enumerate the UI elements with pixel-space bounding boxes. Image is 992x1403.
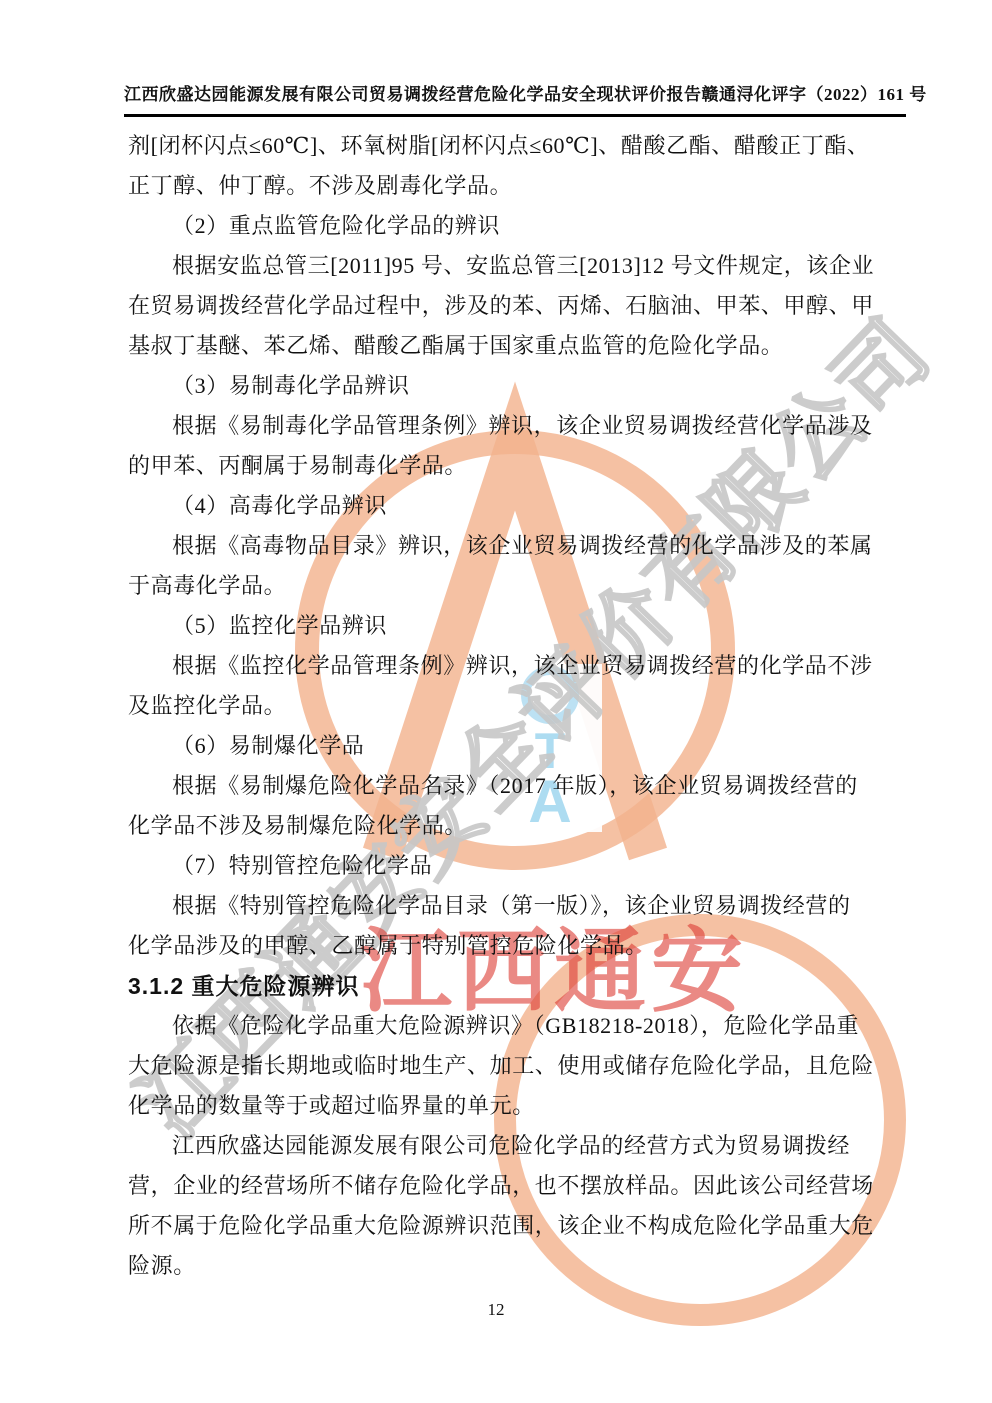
body-line: 营，企业的经营场所不储存危险化学品，也不摆放样品。因此该公司经营场 <box>128 1166 907 1206</box>
body-line: 正丁醇、仲丁醇。不涉及剧毒化学品。 <box>128 166 907 206</box>
document-page: T A 江西通安安全评价有限公司 江西通安 江西欣盛达园能源发展有限公司贸易调拨… <box>0 0 992 1403</box>
body-line: 化学品涉及的甲醇、乙醇属于特别管控危险化学品。 <box>128 926 907 966</box>
body-line: 3.1.2 重大危险源辨识 <box>128 966 907 1006</box>
header-report-title: 江西欣盛达园能源发展有限公司贸易调拨经营危险化学品安全现状评价报告 <box>124 80 702 105</box>
body-line: （6）易制爆化学品 <box>128 726 907 766</box>
body-line: 江西欣盛达园能源发展有限公司危险化学品的经营方式为贸易调拨经 <box>128 1126 907 1166</box>
body-line: 大危险源是指长期地或临时地生产、加工、使用或储存危险化学品，且危险 <box>128 1046 907 1086</box>
body-line: 依据《危险化学品重大危险源辨识》（GB18218-2018），危险化学品重 <box>128 1006 907 1046</box>
body-line: 根据安监总管三[2011]95 号、安监总管三[2013]12 号文件规定，该企… <box>128 246 907 286</box>
body-line: 及监控化学品。 <box>128 686 907 726</box>
body-line: 在贸易调拨经营化学品过程中，涉及的苯、丙烯、石脑油、甲苯、甲醇、甲 <box>128 286 907 326</box>
body-line: （3）易制毒化学品辨识 <box>128 366 907 406</box>
body-line: （5）监控化学品辨识 <box>128 606 907 646</box>
body-line: （2）重点监管危险化学品的辨识 <box>128 206 907 246</box>
body-line: 根据《高毒物品目录》辨识，该企业贸易调拨经营的化学品涉及的苯属 <box>128 526 907 566</box>
body-line: 所不属于危险化学品重大危险源辨识范围，该企业不构成危险化学品重大危 <box>128 1206 907 1246</box>
page-header: 江西欣盛达园能源发展有限公司贸易调拨经营危险化学品安全现状评价报告 赣通浔化评字… <box>124 80 906 117</box>
body-text: 剂[闭杯闪点≤60℃]、环氧树脂[闭杯闪点≤60℃]、醋酸乙酯、醋酸正丁酯、正丁… <box>128 126 907 1286</box>
body-line: 化学品的数量等于或超过临界量的单元。 <box>128 1086 907 1126</box>
body-line: 根据《易制毒化学品管理条例》辨识，该企业贸易调拨经营化学品涉及 <box>128 406 907 446</box>
body-line: （7）特别管控危险化学品 <box>128 846 907 886</box>
body-line: 根据《特别管控危险化学品目录（第一版）》，该企业贸易调拨经营的 <box>128 886 907 926</box>
body-line: （4）高毒化学品辨识 <box>128 486 907 526</box>
header-doc-number: 赣通浔化评字（2022）161 号 <box>702 80 927 105</box>
body-line: 险源。 <box>128 1246 907 1286</box>
body-line: 的甲苯、丙酮属于易制毒化学品。 <box>128 446 907 486</box>
page-number: 12 <box>0 1300 992 1320</box>
body-line: 于高毒化学品。 <box>128 566 907 606</box>
body-line: 根据《监控化学品管理条例》辨识，该企业贸易调拨经营的化学品不涉 <box>128 646 907 686</box>
body-line: 剂[闭杯闪点≤60℃]、环氧树脂[闭杯闪点≤60℃]、醋酸乙酯、醋酸正丁酯、 <box>128 126 907 166</box>
body-line: 基叔丁基醚、苯乙烯、醋酸乙酯属于国家重点监管的危险化学品。 <box>128 326 907 366</box>
body-line: 化学品不涉及易制爆危险化学品。 <box>128 806 907 846</box>
body-line: 根据《易制爆危险化学品名录》（2017 年版），该企业贸易调拨经营的 <box>128 766 907 806</box>
